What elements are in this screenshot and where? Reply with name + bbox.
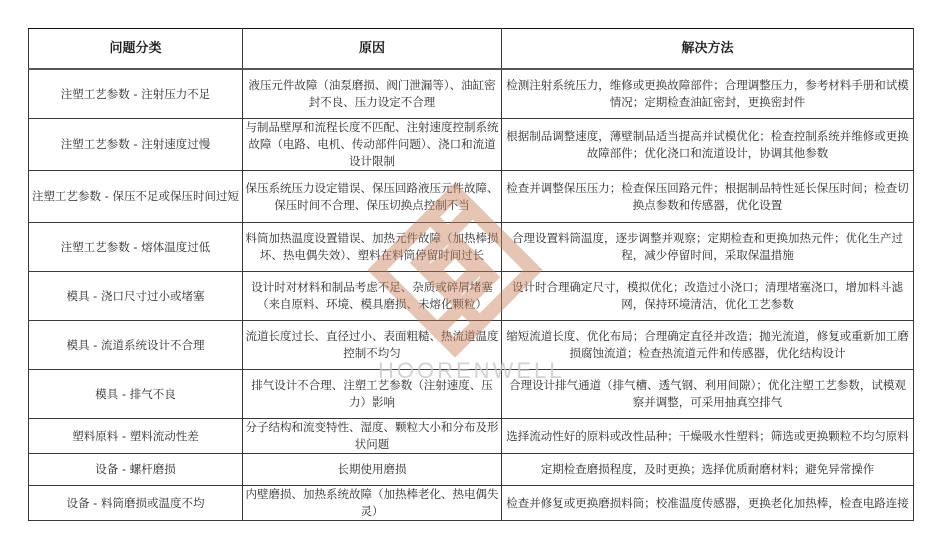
cell-category: 注塑工艺参数 - 注射速度过慢 — [29, 119, 243, 171]
table-row: 设备 - 料筒磨损或温度不均 内壁磨损、加热系统故障（加热棒老化、热电偶失灵） … — [29, 486, 914, 521]
table-row: 注塑工艺参数 - 注射速度过慢 与制品壁厚和流程长度不匹配、注射速度控制系统故障… — [29, 119, 914, 171]
cell-solution: 检查并修复或更换磨损料筒；校准温度传感器，更换老化加热棒，检查电路连接 — [502, 486, 914, 521]
cell-category: 设备 - 料筒磨损或温度不均 — [29, 486, 243, 521]
cell-category: 注塑工艺参数 - 保压不足或保压时间过短 — [29, 171, 243, 223]
cell-solution: 检查并调整保压压力；检查保压回路元件；根据制品特性延长保压时间；检查切换点参数和… — [502, 171, 914, 223]
cell-cause: 料筒加热温度设置错误、加热元件故障（加热棒损坏、热电偶失效）、塑料在料筒停留时间… — [243, 223, 502, 272]
cell-category: 注塑工艺参数 - 注射压力不足 — [29, 69, 243, 119]
cell-solution: 检测注射系统压力，维修或更换故障部件；合理调整压力，参考材料手册和试模情况；定期… — [502, 69, 914, 119]
table-row: 注塑工艺参数 - 熔体温度过低 料筒加热温度设置错误、加热元件故障（加热棒损坏、… — [29, 223, 914, 272]
cell-cause: 流道长度过长、直径过小、表面粗糙、热流道温度控制不均匀 — [243, 321, 502, 370]
cell-category: 模具 - 流道系统设计不合理 — [29, 321, 243, 370]
table-row: 模具 - 流道系统设计不合理 流道长度过长、直径过小、表面粗糙、热流道温度控制不… — [29, 321, 914, 370]
table-row: 注塑工艺参数 - 保压不足或保压时间过短 保压系统压力设定错误、保压回路液压元件… — [29, 171, 914, 223]
cell-category: 模具 - 排气不良 — [29, 370, 243, 419]
cell-solution: 缩短流道长度、优化布局；合理确定直径并改造；抛光流道，修复或重新加工磨损腐蚀流道… — [502, 321, 914, 370]
cell-category: 注塑工艺参数 - 熔体温度过低 — [29, 223, 243, 272]
cell-cause: 与制品壁厚和流程长度不匹配、注射速度控制系统故障（电路、电机、传动部件问题）、浇… — [243, 119, 502, 171]
cell-cause: 液压元件故障（油泵磨损、阀门泄漏等）、油缸密封不良、压力设定不合理 — [243, 69, 502, 119]
cell-solution: 合理设置料筒温度，逐步调整并观察；定期检查和更换加热元件；优化生产过程，减少停留… — [502, 223, 914, 272]
cell-cause: 设计时对材料和制品考虑不足、杂质或碎屑堵塞（来自原料、环境、模具磨损、未熔化颗粒… — [243, 272, 502, 321]
cell-solution: 根据制品调整速度，薄壁制品适当提高并试模优化；检查控制系统并维修或更换故障部件；… — [502, 119, 914, 171]
table-row: 注塑工艺参数 - 注射压力不足 液压元件故障（油泵磨损、阀门泄漏等）、油缸密封不… — [29, 69, 914, 119]
table-row: 设备 - 螺杆磨损 长期使用磨损 定期检查磨损程度，及时更换；选择优质耐磨材料；… — [29, 454, 914, 486]
header-cause: 原因 — [243, 29, 502, 70]
cell-cause: 分子结构和流变特性、湿度、颗粒大小和分布及形状问题 — [243, 419, 502, 454]
cell-cause: 长期使用磨损 — [243, 454, 502, 486]
table-row: 模具 - 排气不良 排气设计不合理、注塑工艺参数（注射速度、压力）影响 合理设计… — [29, 370, 914, 419]
cell-category: 设备 - 螺杆磨损 — [29, 454, 243, 486]
cell-solution: 选择流动性好的原料或改性品种；干燥吸水性塑料；筛选或更换颗粒不均匀原料 — [502, 419, 914, 454]
table-row: 塑料原料 - 塑料流动性差 分子结构和流变特性、湿度、颗粒大小和分布及形状问题 … — [29, 419, 914, 454]
cell-category: 模具 - 浇口尺寸过小或堵塞 — [29, 272, 243, 321]
cell-category: 塑料原料 - 塑料流动性差 — [29, 419, 243, 454]
table-header-row: 问题分类 原因 解决方法 — [29, 29, 914, 70]
cell-solution: 合理设计排气通道（排气槽、透气钢、利用间隙）；优化注塑工艺参数，试模观察并调整，… — [502, 370, 914, 419]
cell-solution: 定期检查磨损程度，及时更换；选择优质耐磨材料；避免异常操作 — [502, 454, 914, 486]
cell-cause: 排气设计不合理、注塑工艺参数（注射速度、压力）影响 — [243, 370, 502, 419]
cell-cause: 保压系统压力设定错误、保压回路液压元件故障、保压时间不合理、保压切换点控制不当 — [243, 171, 502, 223]
cell-cause: 内壁磨损、加热系统故障（加热棒老化、热电偶失灵） — [243, 486, 502, 521]
document-page: 问题分类 原因 解决方法 注塑工艺参数 - 注射压力不足 液压元件故障（油泵磨损… — [0, 0, 941, 548]
header-category: 问题分类 — [29, 29, 243, 70]
header-solution: 解决方法 — [502, 29, 914, 70]
cell-solution: 设计时合理确定尺寸，模拟优化；改造过小浇口；清理堵塞浇口，增加料斗滤网，保持环境… — [502, 272, 914, 321]
table-row: 模具 - 浇口尺寸过小或堵塞 设计时对材料和制品考虑不足、杂质或碎屑堵塞（来自原… — [29, 272, 914, 321]
troubleshooting-table: 问题分类 原因 解决方法 注塑工艺参数 - 注射压力不足 液压元件故障（油泵磨损… — [28, 28, 914, 521]
